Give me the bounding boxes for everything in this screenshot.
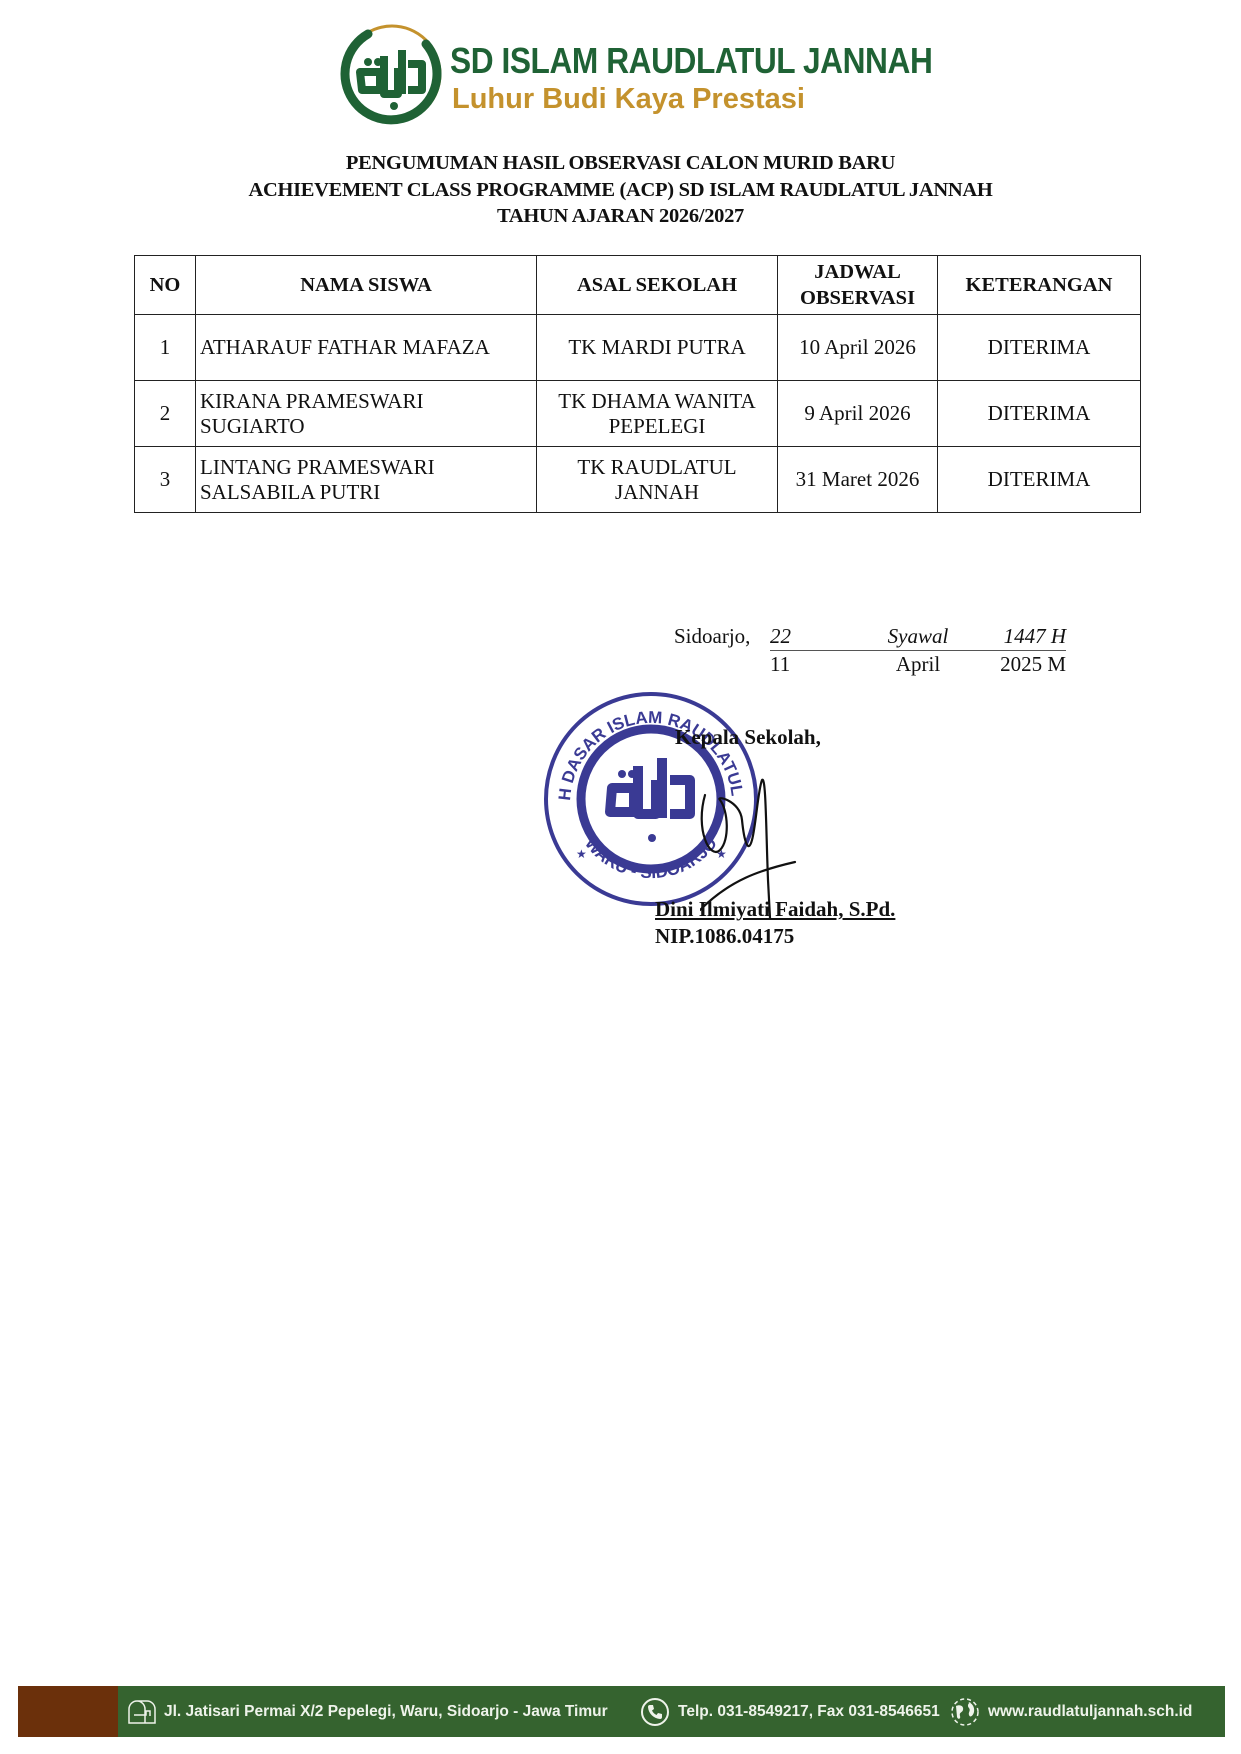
table-row: 2 KIRANA PRAMESWARI SUGIARTO TK DHAMA WA…: [135, 381, 1141, 447]
cell-status: DITERIMA: [938, 447, 1141, 513]
address-text: Jl. Jatisari Permai X/2 Pepelegi, Waru, …: [164, 1703, 608, 1721]
date-city: Sidoarjo,: [674, 624, 750, 649]
cell-school: TK MARDI PUTRA: [537, 315, 778, 381]
cell-name-line2: SUGIARTO: [200, 414, 532, 439]
cell-name-line1: KIRANA PRAMESWARI: [200, 389, 532, 414]
mailbox-icon: [126, 1699, 156, 1725]
cell-status: DITERIMA: [938, 315, 1141, 381]
results-table: NO NAMA SISWA ASAL SEKOLAH JADWAL OBSERV…: [134, 255, 1141, 513]
header-status: KETERANGAN: [938, 256, 1141, 315]
footer-phone: Telp. 031-8549217, Fax 031-8546651: [640, 1686, 940, 1737]
cell-name: ATHARAUF FATHAR MAFAZA: [196, 315, 537, 381]
cell-date: 10 April 2026: [778, 315, 938, 381]
header-school: ASAL SEKOLAH: [537, 256, 778, 315]
globe-icon: [950, 1697, 980, 1727]
cell-name-line1: ATHARAUF FATHAR MAFAZA: [200, 335, 532, 360]
signatory-nip: NIP.1086.04175: [655, 924, 794, 949]
cell-school-line1: TK RAUDLATUL: [541, 455, 773, 480]
gregorian-day: 11: [770, 652, 790, 677]
gregorian-date: 11 April 2025 M: [770, 652, 1066, 678]
header-name: NAMA SISWA: [196, 256, 537, 315]
footer-website: www.raudlatuljannah.sch.id: [950, 1686, 1192, 1737]
cell-school-line2: JANNAH: [541, 480, 773, 505]
announcement-title: PENGUMUMAN HASIL OBSERVASI CALON MURID B…: [0, 150, 1241, 230]
school-name: SD ISLAM RAUDLATUL JANNAH: [450, 40, 932, 82]
cell-date: 9 April 2026: [778, 381, 938, 447]
svg-text:★: ★: [576, 847, 587, 861]
phone-icon: [640, 1697, 670, 1727]
cell-name-line2: SALSABILA PUTRI: [200, 480, 532, 505]
hijri-year: 1447 H: [1004, 624, 1066, 649]
school-tagline: Luhur Budi Kaya Prestasi: [452, 83, 805, 116]
cell-school: TK RAUDLATUL JANNAH: [537, 447, 778, 513]
cell-school-line1: TK MARDI PUTRA: [541, 335, 773, 360]
header-no: NO: [135, 256, 196, 315]
cell-name: LINTANG PRAMESWARI SALSABILA PUTRI: [196, 447, 537, 513]
hijri-day: 22: [770, 624, 791, 649]
hijri-date: 22 Syawal 1447 H: [770, 624, 1066, 651]
hijri-month: Syawal: [888, 624, 949, 649]
gregorian-year: 2025 M: [1000, 652, 1066, 677]
footer-accent: [18, 1686, 118, 1737]
cell-school: TK DHAMA WANITA PEPELEGI: [537, 381, 778, 447]
header-schedule-line2: OBSERVASI: [800, 287, 915, 309]
gregorian-month: April: [896, 652, 940, 677]
cell-no: 1: [135, 315, 196, 381]
table-header-row: NO NAMA SISWA ASAL SEKOLAH JADWAL OBSERV…: [135, 256, 1141, 315]
signatory-role: Kepala Sekolah,: [675, 725, 821, 750]
table-row: 1 ATHARAUF FATHAR MAFAZA TK MARDI PUTRA …: [135, 315, 1141, 381]
footer-bar: Jl. Jatisari Permai X/2 Pepelegi, Waru, …: [18, 1686, 1225, 1737]
signatory-name: Dini Ilmiyati Faidah, S.Pd.: [655, 897, 895, 922]
table-row: 3 LINTANG PRAMESWARI SALSABILA PUTRI TK …: [135, 447, 1141, 513]
title-line-1: PENGUMUMAN HASIL OBSERVASI CALON MURID B…: [0, 150, 1241, 177]
header-schedule: JADWAL OBSERVASI: [778, 256, 938, 315]
title-line-3: TAHUN AJARAN 2026/2027: [0, 203, 1241, 230]
header-schedule-line1: JADWAL: [814, 261, 901, 283]
website-link[interactable]: www.raudlatuljannah.sch.id: [988, 1703, 1192, 1721]
cell-school-line2: PEPELEGI: [541, 414, 773, 439]
cell-date: 31 Maret 2026: [778, 447, 938, 513]
date-block: Sidoarjo, 22 Syawal 1447 H 11 April 2025…: [674, 624, 1074, 684]
title-line-2: ACHIEVEMENT CLASS PROGRAMME (ACP) SD ISL…: [0, 177, 1241, 204]
cell-name: KIRANA PRAMESWARI SUGIARTO: [196, 381, 537, 447]
cell-status: DITERIMA: [938, 381, 1141, 447]
cell-no: 3: [135, 447, 196, 513]
arabic-calligraphy-logo-icon: [338, 20, 446, 128]
phone-text: Telp. 031-8549217, Fax 031-8546651: [678, 1703, 940, 1721]
school-logo: SD ISLAM RAUDLATUL JANNAH Luhur Budi Kay…: [338, 20, 918, 130]
cell-name-line1: LINTANG PRAMESWARI: [200, 455, 532, 480]
cell-no: 2: [135, 381, 196, 447]
cell-school-line1: TK DHAMA WANITA: [541, 389, 773, 414]
footer-address: Jl. Jatisari Permai X/2 Pepelegi, Waru, …: [126, 1686, 608, 1737]
